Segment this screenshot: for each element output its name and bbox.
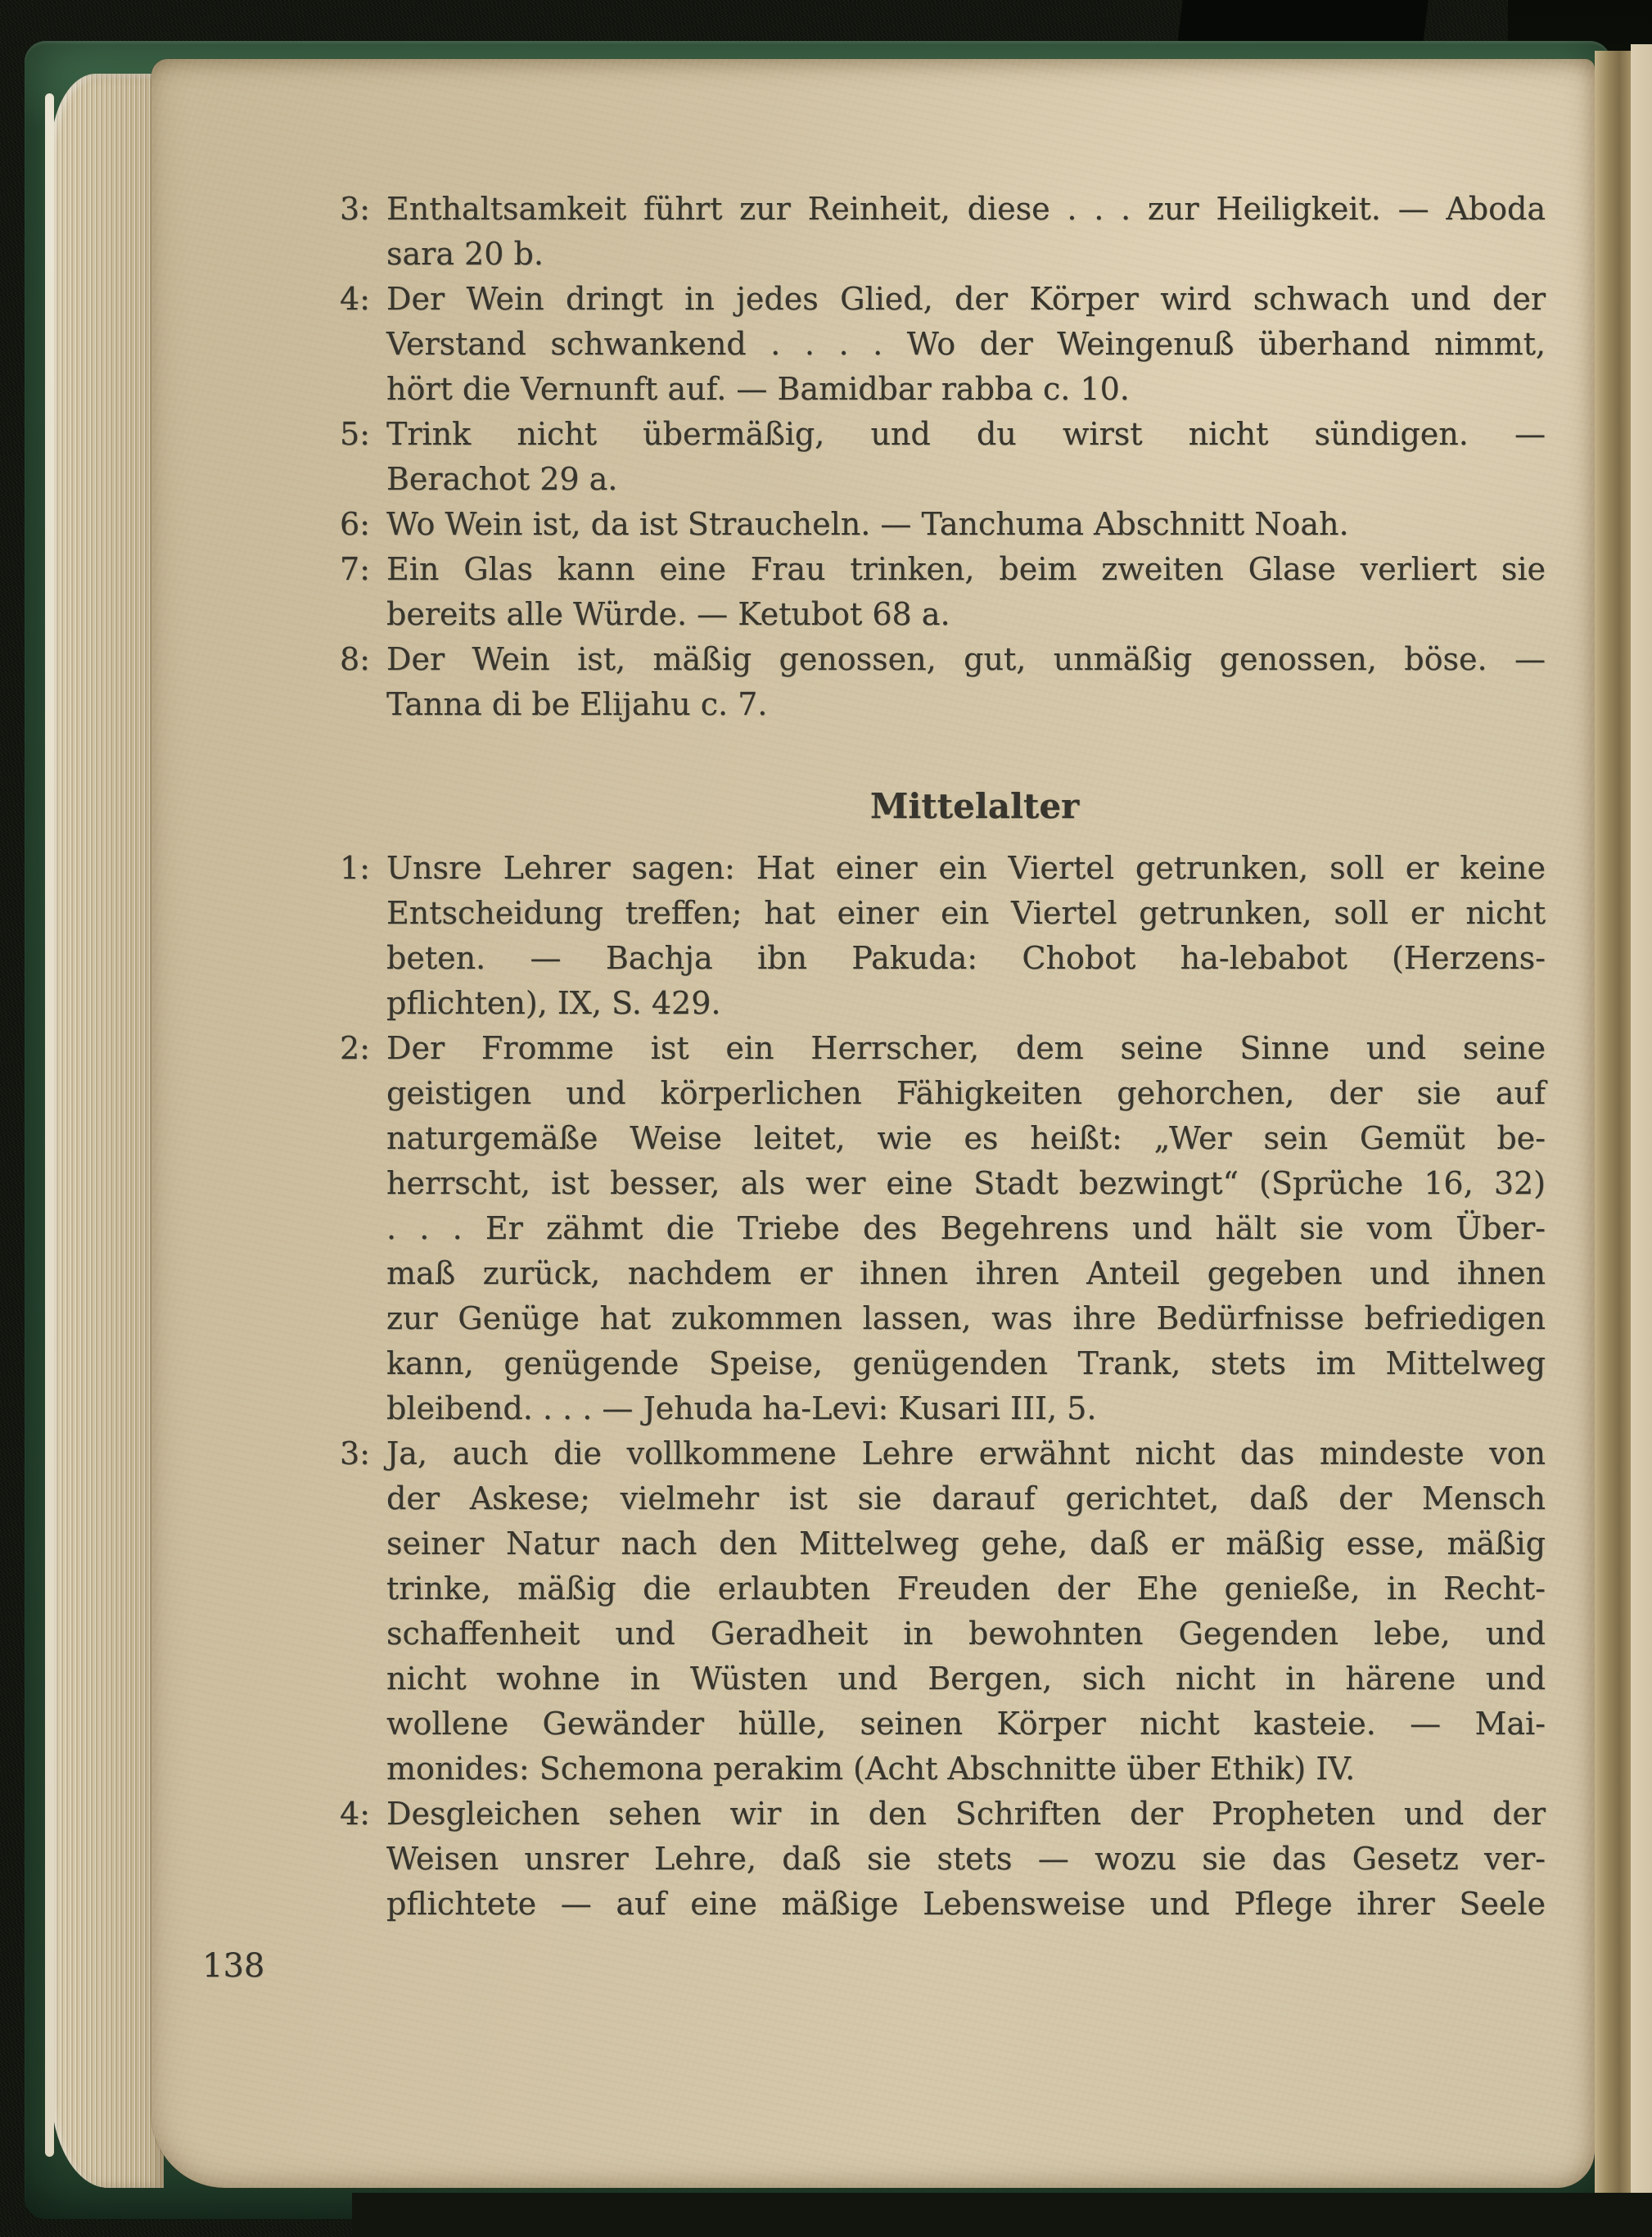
text-line: Ein Glas kann eine Frau trinken, beim zw… [386, 547, 1546, 592]
list-item: 7:Ein Glas kann eine Frau trinken, beim … [340, 547, 1546, 637]
text-line: bleibend. . . . — Jehuda ha-Levi: Kusari… [386, 1386, 1546, 1431]
item-number: 6: [340, 502, 370, 547]
list-item: 6:Wo Wein ist, da ist Straucheln. — Tanc… [340, 502, 1546, 547]
text-line: monides: Schemona perakim (Acht Abschnit… [386, 1747, 1546, 1792]
text-line: trinke, mäßig die erlaubten Freuden der … [386, 1566, 1546, 1611]
text-line: wollene Gewänder hülle, seinen Körper ni… [386, 1701, 1546, 1747]
item-number: 2: [340, 1026, 370, 1071]
text-line: sara 20 b. [386, 232, 1546, 277]
text-line: Enthaltsamkeit führt zur Reinheit, diese… [386, 187, 1546, 232]
text-line: Verstand schwankend . . . . Wo der Weing… [386, 322, 1546, 367]
text-line: Berachot 29 a. [386, 457, 1546, 502]
page-gutter-shadow [1595, 51, 1631, 2196]
list-item: 4:Desgleichen sehen wir in den Schriften… [340, 1792, 1546, 1927]
list-item: 5:Trink nicht übermäßig, und du wirst ni… [340, 412, 1546, 502]
list-item: 2:Der Fromme ist ein Herrscher, dem sein… [340, 1026, 1546, 1431]
text-line: Der Wein dringt in jedes Glied, der Körp… [386, 277, 1546, 322]
item-number: 4: [340, 277, 370, 322]
item-number: 5: [340, 412, 370, 457]
facing-page-edge [1631, 44, 1652, 2211]
list-item: 3:Enthaltsamkeit führt zur Reinheit, die… [340, 187, 1546, 277]
item-number: 7: [340, 547, 370, 592]
text-line: Weisen unsrer Lehre, daß sie stets — woz… [386, 1837, 1546, 1882]
text-line: Tanna di be Elijahu c. 7. [386, 682, 1546, 727]
text-line: zur Genüge hat zukommen lassen, was ihre… [386, 1296, 1546, 1341]
list-item: 8:Der Wein ist, mäßig genossen, gut, unm… [340, 637, 1546, 727]
text-line: naturgemäße Weise leitet, wie es heißt: … [386, 1116, 1546, 1161]
text-line: kann, genügende Speise, genügenden Trank… [386, 1341, 1546, 1386]
text-block: 3:Enthaltsamkeit führt zur Reinheit, die… [340, 187, 1546, 1927]
list-item: 3:Ja, auch die vollkommene Lehre erwähnt… [340, 1431, 1546, 1792]
text-line: schaffenheit und Geradheit in bewohnten … [386, 1611, 1546, 1656]
text-line: hört die Vernunft auf. — Bamidbar rabba … [386, 367, 1546, 412]
text-line: pflichtete — auf eine mäßige Lebensweise… [386, 1882, 1546, 1927]
text-line: beten. — Bachja ibn Pakuda: Chobot ha-le… [386, 936, 1546, 981]
text-line: herrscht, ist besser, als wer eine Stadt… [386, 1161, 1546, 1206]
text-line: pflichten), IX, S. 429. [386, 981, 1546, 1026]
text-line: Der Fromme ist ein Herrscher, dem seine … [386, 1026, 1546, 1071]
text-line: . . . Er zähmt die Triebe des Begehrens … [386, 1206, 1546, 1251]
item-number: 3: [340, 187, 370, 232]
item-number: 3: [340, 1431, 370, 1476]
list-item: 4:Der Wein dringt in jedes Glied, der Kö… [340, 277, 1546, 412]
text-line: nicht wohne in Wüsten und Bergen, sich n… [386, 1656, 1546, 1701]
text-line: Unsre Lehrer sagen: Hat einer ein Vierte… [386, 846, 1546, 891]
text-line: Entscheidung treffen; hat einer ein Vier… [386, 891, 1546, 936]
page-number: 138 [202, 1947, 264, 1985]
list-item: 1:Unsre Lehrer sagen: Hat einer ein Vier… [340, 846, 1546, 1026]
background-shadow-patch [352, 2193, 1652, 2237]
text-line: Wo Wein ist, da ist Straucheln. — Tanchu… [386, 502, 1546, 547]
item-number: 8: [340, 637, 370, 682]
text-line: Desgleichen sehen wir in den Schriften d… [386, 1792, 1546, 1837]
text-line: geistigen und körperlichen Fähigkeiten g… [386, 1071, 1546, 1116]
text-line: der Askese; vielmehr ist sie darauf geri… [386, 1476, 1546, 1521]
text-line: Ja, auch die vollkommene Lehre erwähnt n… [386, 1431, 1546, 1476]
section-heading: Mittelalter [404, 784, 1546, 829]
text-line: Der Wein ist, mäßig genossen, gut, unmäß… [386, 637, 1546, 682]
text-line: Trink nicht übermäßig, und du wirst nich… [386, 412, 1546, 457]
text-line: bereits alle Würde. — Ketubot 68 a. [386, 592, 1546, 637]
item-number: 1: [340, 846, 370, 891]
page-edge-stack [51, 74, 164, 2188]
item-number: 4: [340, 1792, 370, 1837]
text-line: seiner Natur nach den Mittelweg gehe, da… [386, 1521, 1546, 1566]
book-photo-scene: 3:Enthaltsamkeit führt zur Reinheit, die… [0, 0, 1652, 2237]
text-line: maß zurück, nachdem er ihnen ihren Antei… [386, 1251, 1546, 1296]
